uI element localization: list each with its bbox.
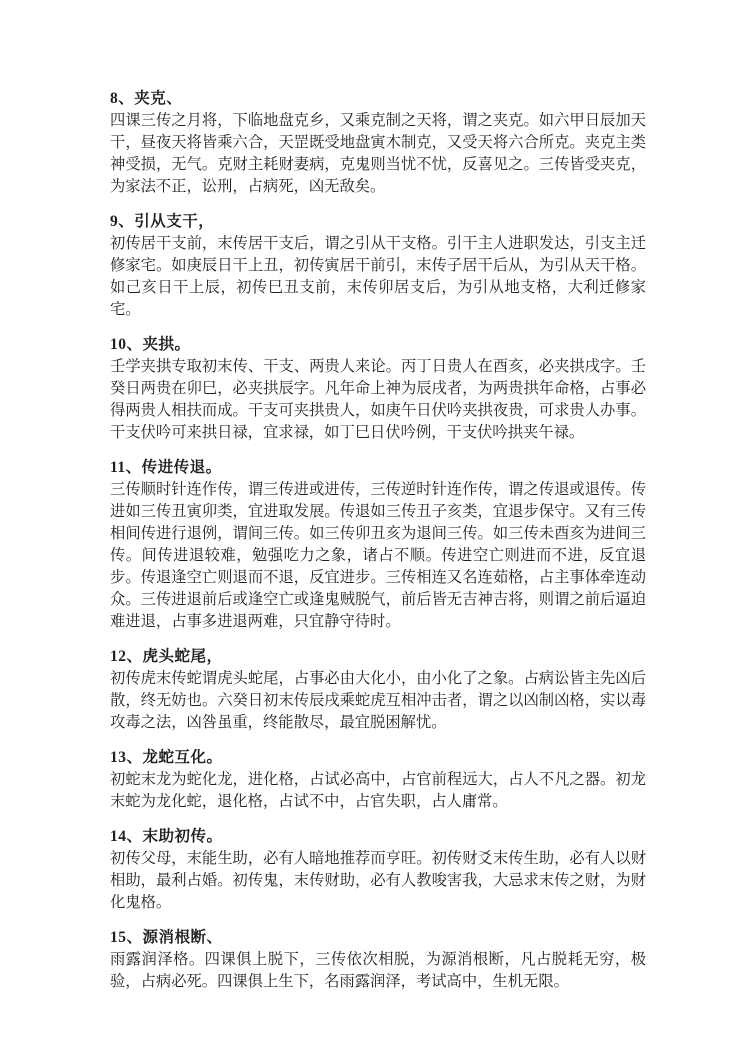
section-11-heading: 11、传进传退。 xyxy=(110,457,646,479)
section-12-body: 初传虎末传蛇谓虎头蛇尾，占事必由大化小，由小化了之象。占病讼皆主先凶后散，终无妨… xyxy=(110,668,646,734)
section-15-body: 雨露润泽格。四课俱上脱下，三传依次相脱，为源消根断，凡占脱耗无穷，极验，占病必死… xyxy=(110,949,646,993)
section-15: 15、源消根断、 雨露润泽格。四课俱上脱下，三传依次相脱，为源消根断，凡占脱耗无… xyxy=(110,927,646,993)
section-13: 13、龙蛇互化。 初蛇末龙为蛇化龙，进化格，占试必高中，占官前程远大，占人不凡之… xyxy=(110,747,646,813)
section-8: 8、夹克、 四课三传之月将，下临地盘克乡，又乘克制之天将，谓之夹克。如六甲日辰加… xyxy=(110,88,646,198)
section-10-body: 壬学夹拱专取初末传、干支、两贵人来论。丙丁日贵人在酉亥，必夹拱戌字。壬癸日两贵在… xyxy=(110,356,646,444)
section-8-heading: 8、夹克、 xyxy=(110,88,646,110)
section-9: 9、引从支干， 初传居干支前，末传居干支后，谓之引从干支格。引干主人进职发达，引… xyxy=(110,211,646,321)
section-14: 14、末助初传。 初传父母，末能生助，必有人暗地推荐而亨旺。初传财爻末传生助，必… xyxy=(110,826,646,914)
section-9-heading: 9、引从支干， xyxy=(110,211,646,233)
section-10: 10、夹拱。 壬学夹拱专取初末传、干支、两贵人来论。丙丁日贵人在酉亥，必夹拱戌字… xyxy=(110,334,646,444)
section-14-heading: 14、末助初传。 xyxy=(110,826,646,848)
section-10-heading: 10、夹拱。 xyxy=(110,334,646,356)
section-12-heading: 12、虎头蛇尾， xyxy=(110,646,646,668)
section-11-body: 三传顺时针连作传，谓三传进或进传，三传逆时针连作传，谓之传退或退传。传进如三传丑… xyxy=(110,479,646,633)
document-page: 8、夹克、 四课三传之月将，下临地盘克乡，又乘克制之天将，谓之夹克。如六甲日辰加… xyxy=(0,0,750,1061)
section-13-body: 初蛇末龙为蛇化龙，进化格，占试必高中，占官前程远大，占人不凡之器。初龙末蛇为龙化… xyxy=(110,769,646,813)
section-12: 12、虎头蛇尾， 初传虎末传蛇谓虎头蛇尾，占事必由大化小，由小化了之象。占病讼皆… xyxy=(110,646,646,734)
section-15-heading: 15、源消根断、 xyxy=(110,927,646,949)
section-9-body: 初传居干支前，末传居干支后，谓之引从干支格。引干主人进职发达，引支主迁修家宅。如… xyxy=(110,233,646,321)
section-14-body: 初传父母，末能生助，必有人暗地推荐而亨旺。初传财爻末传生助，必有人以财相助，最利… xyxy=(110,848,646,914)
section-13-heading: 13、龙蛇互化。 xyxy=(110,747,646,769)
section-11: 11、传进传退。 三传顺时针连作传，谓三传进或进传，三传逆时针连作传，谓之传退或… xyxy=(110,457,646,633)
section-8-body: 四课三传之月将，下临地盘克乡，又乘克制之天将，谓之夹克。如六甲日辰加天干，昼夜天… xyxy=(110,110,646,198)
